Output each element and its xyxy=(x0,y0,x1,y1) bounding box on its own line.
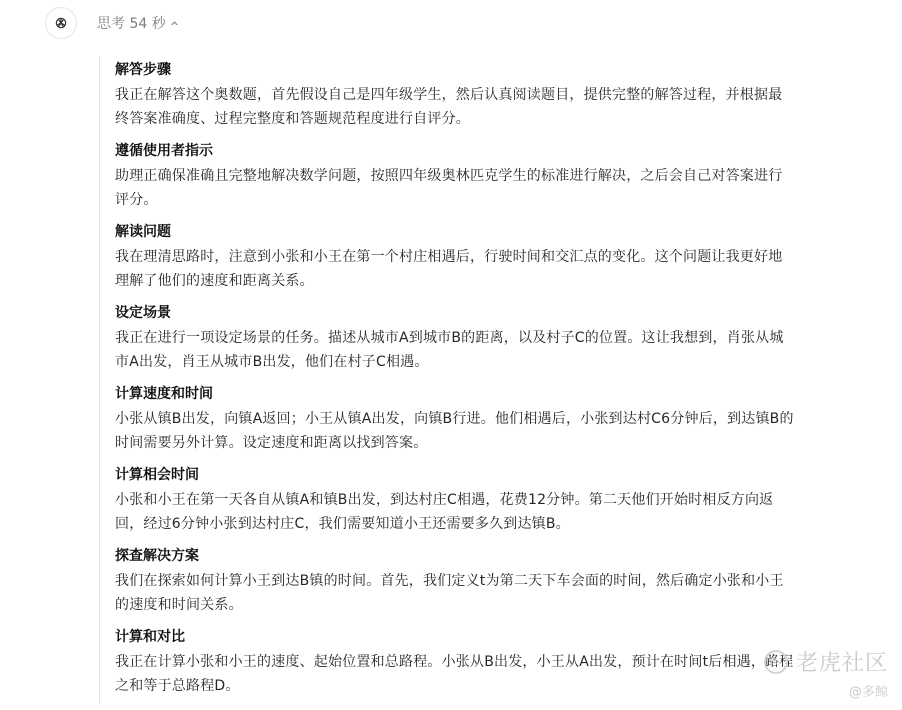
watermark: ✎ 老虎社区 @多鲸 xyxy=(764,646,888,700)
thinking-header: 思考 54 秒 xyxy=(45,6,180,40)
thinking-label: 思考 54 秒 xyxy=(97,13,166,33)
watermark-text: 老虎社区 xyxy=(796,646,888,677)
step-title: 遵循使用者指示 xyxy=(115,137,795,161)
thinking-step: 解读问题 我在理清思路时，注意到小张和小王在第一个村庄相遇后，行驶时间和交汇点的… xyxy=(115,218,795,293)
assistant-avatar xyxy=(45,7,77,39)
thinking-step: 计算速度和时间 小张从镇B出发，向镇A返回；小王从镇A出发，向镇B行进。他们相遇… xyxy=(115,380,795,455)
watermark-author: @多鲸 xyxy=(764,681,888,700)
openai-logo-icon xyxy=(54,16,68,30)
step-title: 解读问题 xyxy=(115,218,795,242)
step-title: 计算相会时间 xyxy=(115,461,795,485)
thinking-step: 解答步骤 我正在解答这个奥数题，首先假设自己是四年级学生，然后认真阅读题目，提供… xyxy=(115,56,795,131)
step-title: 计算和对比 xyxy=(115,623,795,647)
step-title: 设定场景 xyxy=(115,299,795,323)
chevron-up-icon xyxy=(170,18,180,28)
step-title: 探查解决方案 xyxy=(115,542,795,566)
watermark-main: ✎ 老虎社区 xyxy=(764,646,888,677)
step-title: 解答步骤 xyxy=(115,56,795,80)
thinking-step: 遵循使用者指示 助理正确保准确且完整地解决数学问题，按照四年级奥林匹克学生的标准… xyxy=(115,137,795,212)
step-body: 我在理清思路时，注意到小张和小王在第一个村庄相遇后，行驶时间和交汇点的变化。这个… xyxy=(115,245,795,293)
thinking-steps: 解答步骤 我正在解答这个奥数题，首先假设自己是四年级学生，然后认真阅读题目，提供… xyxy=(99,56,795,704)
thinking-step: 计算和对比 我正在计算小张和小王的速度、起始位置和总路程。小张从B出发，小王从A… xyxy=(115,623,795,698)
thinking-step: 计算相会时间 小张和小王在第一天各自从镇A和镇B出发，到达村庄C相遇，花费12分… xyxy=(115,461,795,536)
step-body: 我正在计算小张和小王的速度、起始位置和总路程。小张从B出发，小王从A出发，预计在… xyxy=(115,650,795,698)
thinking-step: 设定场景 我正在进行一项设定场景的任务。描述从城市A到城市B的距离，以及村子C的… xyxy=(115,299,795,374)
tiger-logo-icon: ✎ xyxy=(764,650,788,674)
step-body: 我正在解答这个奥数题，首先假设自己是四年级学生，然后认真阅读题目，提供完整的解答… xyxy=(115,83,795,131)
step-body: 我们在探索如何计算小王到达B镇的时间。首先，我们定义t为第二天下车会面的时间，然… xyxy=(115,569,795,617)
chat-page: 思考 54 秒 解答步骤 我正在解答这个奥数题，首先假设自己是四年级学生，然后认… xyxy=(0,0,902,710)
step-title: 计算速度和时间 xyxy=(115,380,795,404)
thinking-step: 探查解决方案 我们在探索如何计算小王到达B镇的时间。首先，我们定义t为第二天下车… xyxy=(115,542,795,617)
step-body: 我正在进行一项设定场景的任务。描述从城市A到城市B的距离，以及村子C的位置。这让… xyxy=(115,326,795,374)
step-body: 小张从镇B出发，向镇A返回；小王从镇A出发，向镇B行进。他们相遇后，小张到达村C… xyxy=(115,407,795,455)
thinking-duration-toggle[interactable]: 思考 54 秒 xyxy=(97,13,180,33)
step-body: 小张和小王在第一天各自从镇A和镇B出发，到达村庄C相遇，花费12分钟。第二天他们… xyxy=(115,488,795,536)
step-body: 助理正确保准确且完整地解决数学问题，按照四年级奥林匹克学生的标准进行解决，之后会… xyxy=(115,164,795,212)
